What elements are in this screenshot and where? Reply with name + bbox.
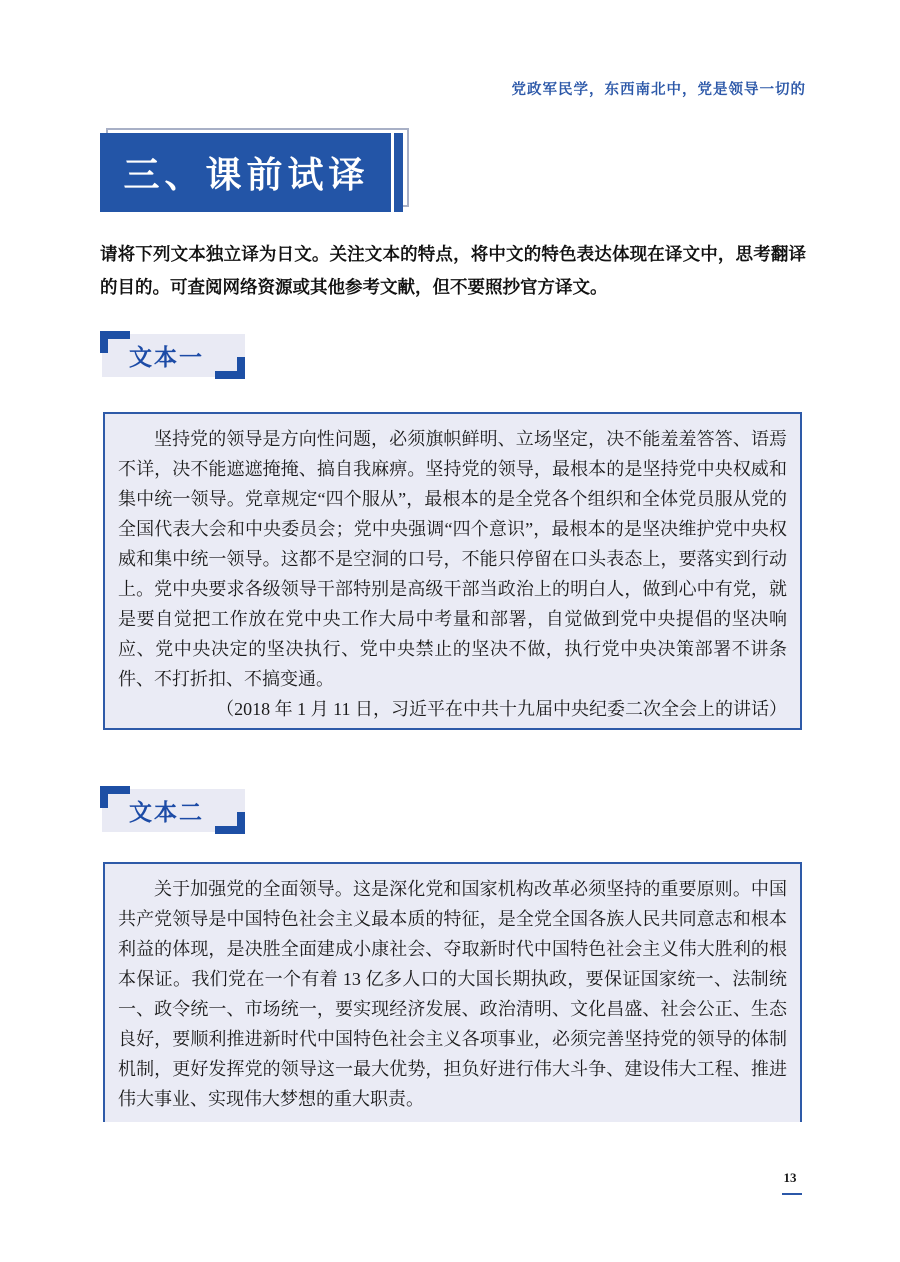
text-one-label: 文本一 [100,331,245,379]
text-two-label-text: 文本二 [102,789,245,832]
text-two-box: 关于加强党的全面领导。这是深化党和国家机构改革必须坚持的重要原则。中国共产党领导… [103,862,802,1122]
text-one-label-text: 文本一 [102,334,245,377]
text-one-body: 坚持党的领导是方向性问题，必须旗帜鲜明、立场坚定，决不能羞羞答答、语焉不详，决不… [118,424,787,694]
document-page: 党政军民学，东西南北中，党是领导一切的 三、课前试译 请将下列文本独立译为日文。… [0,0,900,1262]
text-one-box: 坚持党的领导是方向性问题，必须旗帜鲜明、立场坚定，决不能羞羞答答、语焉不详，决不… [103,412,802,730]
text-one-citation: （2018 年 1 月 11 日，习近平在中共十九届中央纪委二次全会上的讲话） [118,694,787,724]
header-slogan: 党政军民学，东西南北中，党是领导一切的 [100,78,806,99]
text-two-label: 文本二 [100,786,245,834]
section-title: 三、课前试译 [123,147,379,198]
page-number: 13 [770,1170,810,1186]
text-two-body: 关于加强党的全面领导。这是深化党和国家机构改革必须坚持的重要原则。中国共产党领导… [118,874,787,1114]
banner-accent-stripe [391,133,394,212]
page-number-underline [782,1193,802,1195]
instruction-paragraph: 请将下列文本独立译为日文。关注文本的特点，将中文的特色表达体现在译文中，思考翻译… [100,238,806,304]
section-title-banner: 三、课前试译 [100,133,403,212]
banner-front-box: 三、课前试译 [100,133,403,212]
